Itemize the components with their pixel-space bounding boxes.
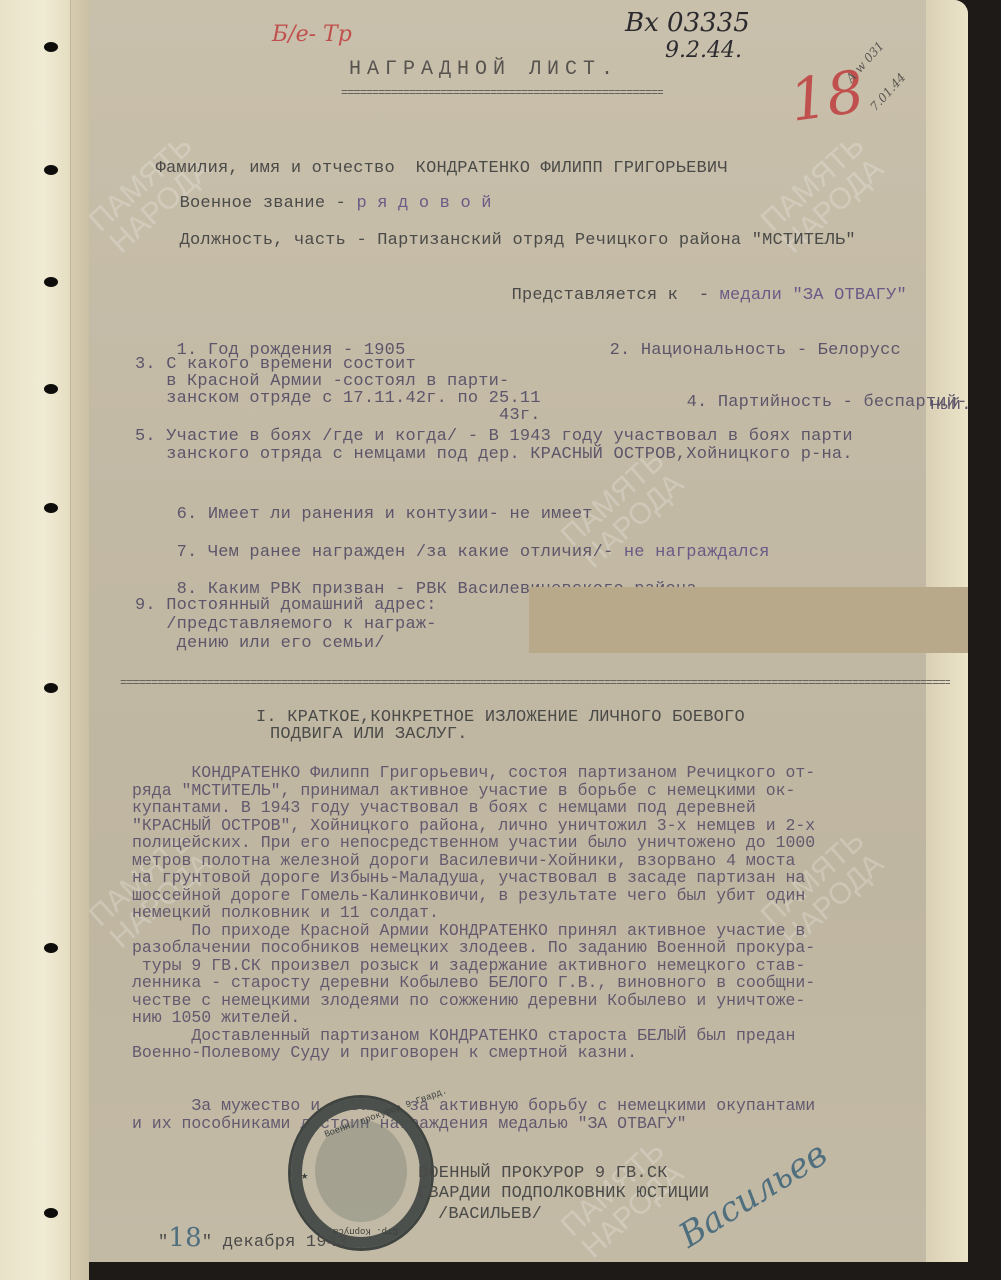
item-label: 6. Имеет ли ранения и контузии — [177, 505, 489, 524]
narrative-line: разоблачении пособников немецких злодеев… — [132, 938, 815, 957]
narrative-line: метров полотна железной дороги Василевич… — [132, 851, 795, 870]
narrative-line: "КРАСНЫЙ ОСТРОВ", Хойницкого района, лич… — [132, 816, 815, 835]
narrative-line: купантами. В 1943 году участвовал в боях… — [132, 798, 756, 817]
punch-hole — [44, 42, 58, 52]
signatory-rank: ГВАРДИИ ПОДПОЛКОВНИК ЮСТИЦИИ — [418, 1184, 709, 1203]
item-nationality: 2. Национальность - Белорусс — [568, 322, 901, 379]
item-party: 4. Партийность - беспартий- — [645, 374, 967, 431]
item-value: занского отряда с немцами под дер. КРАСН… — [166, 445, 853, 464]
punch-hole — [44, 277, 58, 287]
rank-value: р я д о в о й — [356, 194, 491, 213]
item-value: не награждался — [624, 543, 770, 562]
redacted-address — [529, 587, 968, 653]
punch-hole — [44, 943, 58, 953]
narrative-line: шоссейной дороге Гомель-Калинковичи, в р… — [132, 886, 805, 905]
item-line: дению или его семьи/ — [135, 634, 385, 653]
item-label: 2. Национальность — [610, 341, 787, 360]
item-service-since: 3. С какого времени состоит в Красной Ар… — [135, 356, 541, 424]
narrative-line: туры 9 ГВ.СК произвел розыск и задержани… — [132, 956, 805, 975]
narrative-text: КОНДРАТЕНКО Филипп Григорьевич, состоя п… — [132, 764, 968, 1062]
item-line: /представляемого к награж- — [135, 615, 437, 634]
conclusion-line: За мужество и отвагу, за активную борьбу… — [132, 1096, 815, 1115]
section-divider: ========================================… — [120, 676, 950, 690]
signatory-name: /ВАСИЛЬЕВ/ — [438, 1205, 542, 1224]
punch-hole — [44, 503, 58, 513]
quote-mark: " — [158, 1233, 168, 1252]
conclusion-text: За мужество и отвагу, за активную борьбу… — [132, 1097, 968, 1132]
document-date: "18" декабря 1943 — [158, 1223, 348, 1253]
punch-hole — [44, 384, 58, 394]
award-sheet-page: ПАМЯТЬ НАРОДА ПАМЯТЬ НАРОДА ПАМЯТЬ НАРОД… — [0, 0, 968, 1262]
item-label: 7. Чем ранее награжден /за какие отличия… — [177, 543, 603, 562]
punch-hole — [44, 1208, 58, 1218]
narrative-line: ленника - старосту деревни Кобылево БЕЛО… — [132, 973, 815, 992]
punch-hole — [44, 165, 58, 175]
signatory-title: ВОЕННЫЙ ПРОКУРОР 9 ГВ.СК — [418, 1164, 668, 1183]
rank-label: Военное звание — [180, 194, 326, 213]
item-value: не имеет — [509, 505, 592, 524]
narrative-line: Военно-Полевому Суду и приговорен к смер… — [132, 1043, 637, 1062]
binding-margin — [0, 0, 72, 1280]
star-icon: ★ — [301, 1168, 308, 1183]
narrative-line: По приходе Красной Армии КОНДРАТЕНКО при… — [132, 921, 805, 940]
item-value: Белорусс — [818, 341, 901, 360]
award-value: медали "ЗА ОТВАГУ" — [720, 286, 907, 305]
quote-mark: " — [202, 1233, 212, 1252]
registry-number: Вх 03335 — [625, 8, 750, 38]
item-value: В 1943 году участвовал в боях парти — [489, 427, 853, 446]
narrative-line: Доставленный партизаном КОНДРАТЕНКО стар… — [132, 1026, 795, 1045]
narrative-line: на грунтовой дороге Избынь-Маладуша, уча… — [132, 868, 805, 887]
narrative-line: полицейских. При его непосредственном уч… — [132, 833, 815, 852]
title-underline: ========================================… — [341, 86, 663, 100]
item-label: 4. Партийность — [687, 393, 833, 412]
narrative-line: КОНДРАТЕНКО Филипп Григорьевич, состоя п… — [132, 763, 815, 782]
binding-fold — [70, 0, 89, 1280]
item-line: 43г. — [135, 406, 541, 425]
narrative-line: ряда "МСТИТЕЛЬ", принимал активное участ… — [132, 781, 795, 800]
punch-hole — [44, 683, 58, 693]
date-day: 18 — [168, 1223, 201, 1253]
item-label: 5. Участие в боях /где и когда/ — [135, 427, 457, 446]
section-heading: ПОДВИГА ИЛИ ЗАСЛУГ. — [270, 725, 468, 744]
item-party-cont: ный. — [930, 396, 968, 415]
date-month-year: декабря 1943 — [223, 1233, 348, 1252]
red-pencil-mark: Б/е- Тр — [272, 22, 352, 47]
item-line: 9. Постоянный домашний адрес: — [135, 596, 437, 615]
position-label: Должность, часть — [180, 231, 346, 250]
position-value: Партизанский отряд Речицкого района "МСТ… — [377, 231, 855, 250]
narrative-line: честве с немецкими злодеями по сожжению … — [132, 991, 805, 1010]
item-battles: 5. Участие в боях /где и когда/ - В 1943… — [135, 428, 853, 464]
document-title: НАГРАДНОЙ ЛИСТ. — [0, 58, 968, 81]
item-address: 9. Постоянный домашний адрес: /представл… — [135, 596, 437, 653]
narrative-line: немецкий полковник и 11 солдат. — [132, 903, 439, 922]
narrative-line: нию 1050 жителей. — [132, 1008, 300, 1027]
award-label: Представляется к — [512, 286, 678, 305]
